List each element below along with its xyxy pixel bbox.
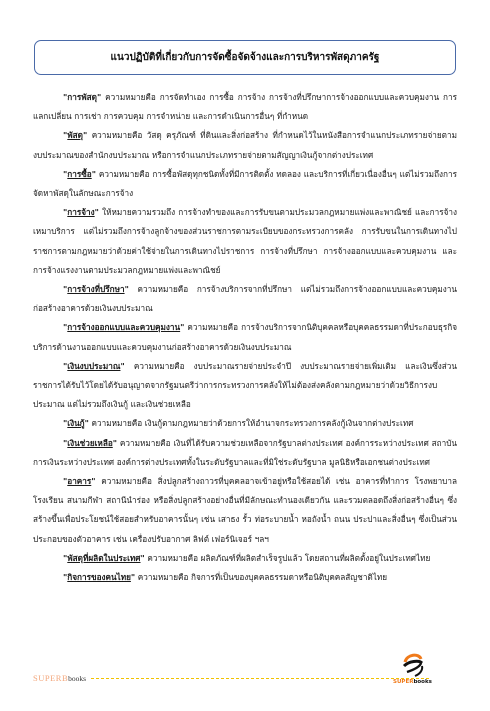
swirl-logo-icon (401, 652, 425, 678)
definition-term: พัสดุที่ผลิตในประเทศ (67, 553, 140, 563)
definition-paragraph: "เงินช่วยเหลือ" ความหมายคือ เงินที่ได้รั… (33, 434, 457, 472)
footer-brand: SUPERBbooks (33, 673, 86, 683)
definition-paragraph: "การจ้าง" ให้หมายความรวมถึง การจ้างทำของ… (33, 203, 457, 280)
definition-text: ความหมายคือ กิจการที่เป็นของบุคคลธรรมดาห… (135, 572, 387, 582)
definition-paragraph: "การจ้างที่ปรึกษา" ความหมายคือ การจ้างบร… (33, 280, 457, 318)
definition-term: เงินกู้ (67, 418, 84, 428)
definition-paragraph: "พัสดุที่ผลิตในประเทศ" ความหมายคือ ผลิตภ… (33, 549, 457, 568)
definition-term: การพัสดุ (67, 92, 97, 102)
definition-term: การจ้างที่ปรึกษา (67, 284, 124, 294)
definition-term: การซื้อ (67, 169, 91, 179)
footer-rule (91, 678, 429, 679)
definition-text: ความหมายคือ การซื้อพัสดุทุกชนิดทั้งที่มี… (33, 169, 457, 198)
document-title-box: แนวปฏิบัติที่เกี่ยวกับการจัดซื้อจัดจ้างแ… (34, 40, 456, 75)
page-footer: SUPERBbooks (33, 671, 433, 685)
definition-text: ความหมายคือ สิ่งปลูกสร้างถาวรที่บุคคลอาจ… (33, 476, 457, 544)
definition-term: เงินงบประมาณ (67, 361, 120, 371)
definition-paragraph: "เงินงบประมาณ" ความหมายคือ งบประมาณรายจ่… (33, 357, 457, 415)
definition-text: ให้หมายความรวมถึง การจ้างทำของและการรับข… (33, 207, 457, 275)
definition-text: ความหมายคือ วัสดุ ครุภัณฑ์ ที่ดินและสิ่ง… (33, 130, 457, 159)
logo-wordmark: SUPERbooks (393, 679, 432, 685)
definition-term: อาคาร (67, 476, 91, 486)
definitions-list: "การพัสดุ" ความหมายคือ การจัดทำเอง การซื… (33, 88, 457, 587)
definition-term: กิจการของคนไทย (67, 572, 131, 582)
definition-paragraph: "อาคาร" ความหมายคือ สิ่งปลูกสร้างถาวรที่… (33, 472, 457, 549)
definition-text: ความหมายคือ เงินกู้ตามกฎหมายว่าด้วยการให… (89, 418, 414, 428)
definition-text: ความหมายคือ ผลิตภัณฑ์ที่ผลิตสำเร็จรูปแล้… (145, 553, 431, 563)
superbooks-logo: SUPERbooks (393, 652, 433, 688)
definition-term: การจ้างออกแบบและควบคุมงาน (67, 322, 180, 332)
definition-term: การจ้าง (67, 207, 94, 217)
definition-paragraph: "กิจการของคนไทย" ความหมายคือ กิจการที่เป… (33, 568, 457, 587)
definition-paragraph: "เงินกู้" ความหมายคือ เงินกู้ตามกฎหมายว่… (33, 414, 457, 433)
definition-term: เงินช่วยเหลือ (67, 438, 112, 448)
definition-paragraph: "การจ้างออกแบบและควบคุมงาน" ความหมายคือ … (33, 318, 457, 356)
definition-paragraph: "การซื้อ" ความหมายคือ การซื้อพัสดุทุกชนิ… (33, 165, 457, 203)
document-title: แนวปฏิบัติที่เกี่ยวกับการจัดซื้อจัดจ้างแ… (111, 50, 380, 65)
definition-term: พัสดุ (67, 130, 83, 140)
definition-paragraph: "การพัสดุ" ความหมายคือ การจัดทำเอง การซื… (33, 88, 457, 126)
definition-paragraph: "พัสดุ" ความหมายคือ วัสดุ ครุภัณฑ์ ที่ดิ… (33, 126, 457, 164)
